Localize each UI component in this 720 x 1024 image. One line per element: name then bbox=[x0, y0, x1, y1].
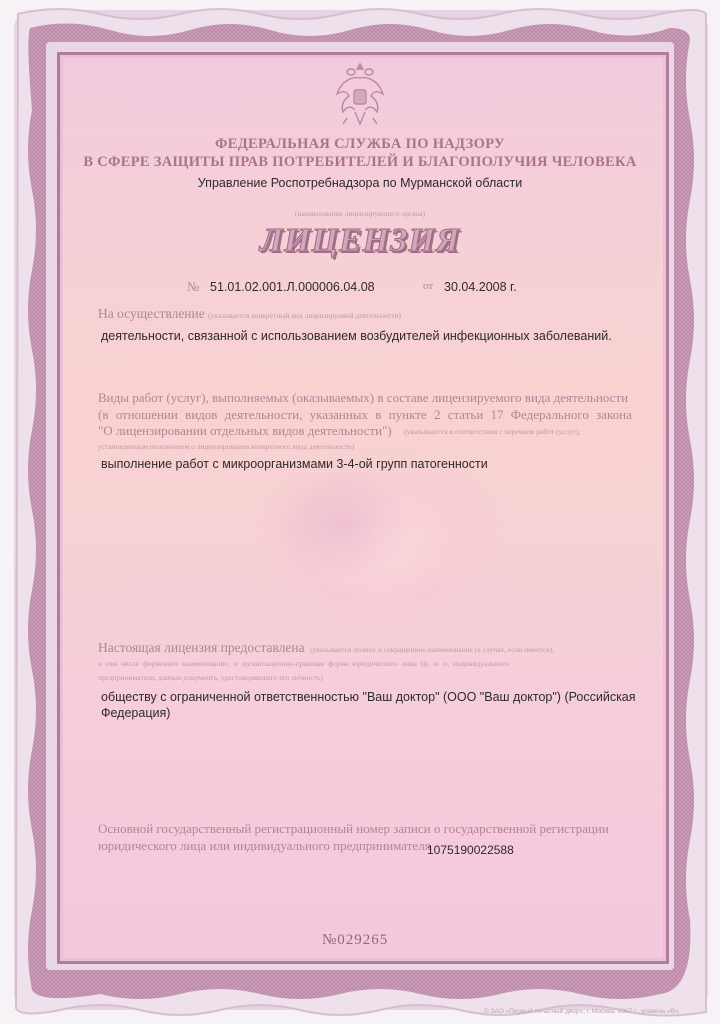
agency-name-line1: ФЕДЕРАЛЬНАЯ СЛУЖБА ПО НАДЗОРУ bbox=[0, 136, 720, 153]
works-label-line1: Виды работ (услуг), выполняемых (оказыва… bbox=[98, 389, 628, 406]
issuing-body: Управление Роспотребнадзора по Мурманско… bbox=[0, 176, 720, 190]
russian-coat-of-arms-icon bbox=[333, 60, 387, 130]
activity-hint: (указывается конкретный вид лицензируемо… bbox=[208, 311, 401, 320]
issuing-body-hint: (наименование лицензирующего органа) bbox=[0, 209, 720, 218]
ogrn-label-line2: юридического лица или индивидуального пр… bbox=[98, 837, 431, 854]
works-hint-line1: (указываются в соответствии с перечнем р… bbox=[404, 427, 580, 436]
grantee-hint-line3: предпринимателя, данные документа, удост… bbox=[98, 673, 323, 682]
activity-label: На осуществление bbox=[98, 306, 205, 322]
works-label-line3: "О лицензировании отдельных видов деятел… bbox=[98, 422, 392, 439]
agency-name-line2: В СФЕРЕ ЗАЩИТЫ ПРАВ ПОТРЕБИТЕЛЕЙ И БЛАГО… bbox=[0, 154, 720, 171]
grantee-value-line2: Федерация) bbox=[101, 706, 170, 720]
document-title: ЛИЦЕНЗИЯ bbox=[0, 222, 720, 260]
grantee-hint-line2: в том числе фирменное наименование, и ор… bbox=[98, 659, 509, 668]
date-label: от bbox=[423, 280, 433, 292]
printer-note: © ЗАО «Первый печатный двор», г. Москва,… bbox=[484, 1008, 679, 1015]
works-hint-line2: установленным положением о лицензировани… bbox=[98, 442, 354, 451]
grantee-value-line1: обществу с ограниченной ответственностью… bbox=[101, 690, 636, 704]
activity-value: деятельности, связанной с использованием… bbox=[101, 329, 612, 343]
grantee-hint-line1: (указывается полное и сокращенное наимен… bbox=[310, 645, 554, 654]
number-label: № bbox=[187, 279, 199, 295]
ogrn-value: 1075190022588 bbox=[427, 843, 514, 857]
works-label-line2: (в отношении видов деятельности, указанн… bbox=[98, 406, 632, 423]
license-number: 51.01.02.001.Л.000006.04.08 bbox=[210, 280, 375, 294]
works-value: выполнение работ с микроорганизмами 3-4-… bbox=[101, 457, 488, 471]
form-serial-number: №029265 bbox=[322, 932, 388, 949]
ogrn-label-line1: Основной государственный регистрационный… bbox=[98, 820, 609, 837]
license-date: 30.04.2008 г. bbox=[444, 280, 517, 294]
grantee-label: Настоящая лицензия предоставлена bbox=[98, 640, 305, 656]
watermark-emblem bbox=[275, 470, 415, 580]
